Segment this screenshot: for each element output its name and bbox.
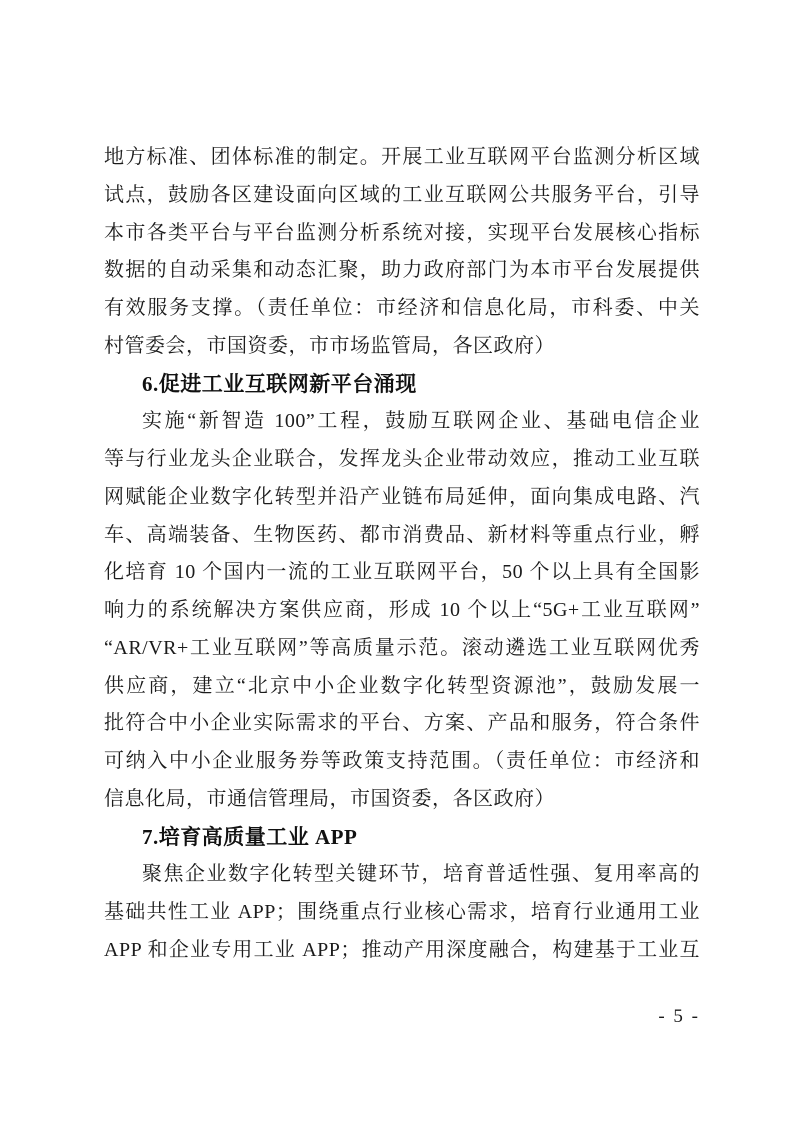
document-page: 地方标准、团体标准的制定。开展工业互联网平台监测分析区域 试点，鼓励各区建设面向… bbox=[0, 0, 800, 1131]
body-line: 村管委会，市国资委，市市场监管局，各区政府） bbox=[104, 328, 700, 366]
body-line: 信息化局，市通信管理局，市国资委，各区政府） bbox=[104, 781, 700, 819]
body-line: 试点，鼓励各区建设面向区域的工业互联网公共服务平台，引导 bbox=[104, 177, 700, 215]
body-line: 本市各类平台与平台监测分析系统对接，实现平台发展核心指标 bbox=[104, 215, 700, 253]
text-block: 地方标准、团体标准的制定。开展工业互联网平台监测分析区域 试点，鼓励各区建设面向… bbox=[104, 139, 700, 970]
body-line: 供应商，建立“北京中小企业数字化转型资源池”，鼓励发展一 bbox=[104, 668, 700, 706]
page-number: - 5 - bbox=[104, 1006, 700, 1028]
body-line: 化培育 10 个国内一流的工业互联网平台，50 个以上具有全国影 bbox=[104, 554, 700, 592]
body-line: 基础共性工业 APP；围绕重点行业核心需求，培育行业通用工业 bbox=[104, 894, 700, 932]
body-line: “AR/VR+工业互联网”等高质量示范。滚动遴选工业互联网优秀 bbox=[104, 630, 700, 668]
body-line: APP 和企业专用工业 APP；推动产用深度融合，构建基于工业互联 bbox=[104, 932, 700, 970]
body-line: 有效服务支撑。（责任单位：市经济和信息化局，市科委、中关 bbox=[104, 290, 700, 328]
body-line: 等与行业龙头企业联合，发挥龙头企业带动效应，推动工业互联 bbox=[104, 441, 700, 479]
body-line: 响力的系统解决方案供应商，形成 10 个以上“5G+工业互联网” bbox=[104, 592, 700, 630]
body-line: 网赋能企业数字化转型并沿产业链布局延伸，面向集成电路、汽 bbox=[104, 479, 700, 517]
body-line: 可纳入中小企业服务券等政策支持范围。（责任单位：市经济和 bbox=[104, 743, 700, 781]
body-line: 地方标准、团体标准的制定。开展工业互联网平台监测分析区域 bbox=[104, 139, 700, 177]
body-line: 批符合中小企业实际需求的平台、方案、产品和服务，符合条件 bbox=[104, 705, 700, 743]
body-line: 数据的自动采集和动态汇聚，助力政府部门为本市平台发展提供 bbox=[104, 252, 700, 290]
section-7-heading: 7.培育高质量工业 APP bbox=[104, 819, 700, 857]
body-line: 实施“新智造 100”工程，鼓励互联网企业、基础电信企业 bbox=[104, 403, 700, 441]
section-6-heading: 6.促进工业互联网新平台涌现 bbox=[104, 366, 700, 404]
body-line: 车、高端装备、生物医药、都市消费品、新材料等重点行业，孵 bbox=[104, 517, 700, 555]
body-line: 聚焦企业数字化转型关键环节，培育普适性强、复用率高的 bbox=[104, 856, 700, 894]
